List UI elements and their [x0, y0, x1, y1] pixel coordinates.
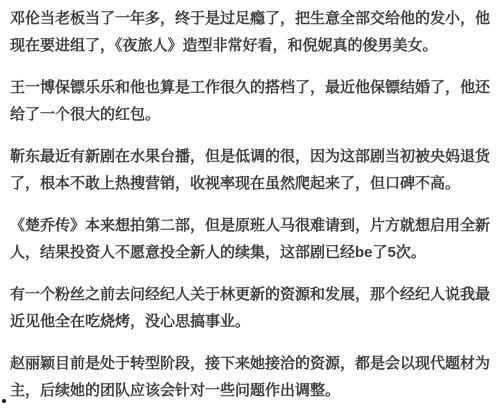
- paragraph-wangyibo: 王一博保镖乐乐和他也算是工作很久的搭档了，最近他保镖结婚了，他还给了一个很大的红…: [10, 74, 492, 128]
- paragraph-dunlun: 邓伦当老板当了一年多，终于是过足瘾了，把生意全部交给他的发小，他现在要进组了，《…: [10, 5, 492, 59]
- paragraph-lingengxin: 有一个粉丝之前去问经纪人关于林更新的资源和发展，那个经纪人说我最近见他全在吃烧烤…: [10, 281, 492, 335]
- gossip-article-page: 邓伦当老板当了一年多，终于是过足瘾了，把生意全部交给他的发小，他现在要进组了，《…: [0, 0, 499, 404]
- paragraph-zhaoliying: 赵丽颖目前是处于转型阶段，接下来她接洽的资源，都是会以现代题材为主，后续她的团队…: [10, 350, 492, 404]
- paragraph-jindong: 靳东最近有新剧在水果台播，但是低调的很，因为这部剧当初被央妈退货了，根本不敢上热…: [10, 143, 492, 197]
- paragraph-chuqiaozhuan: 《楚乔传》本来想拍第二部，但是原班人马很难请到，片方就想启用全新人，结果投资人不…: [10, 212, 492, 266]
- stray-dot-artifact: [2, 399, 6, 403]
